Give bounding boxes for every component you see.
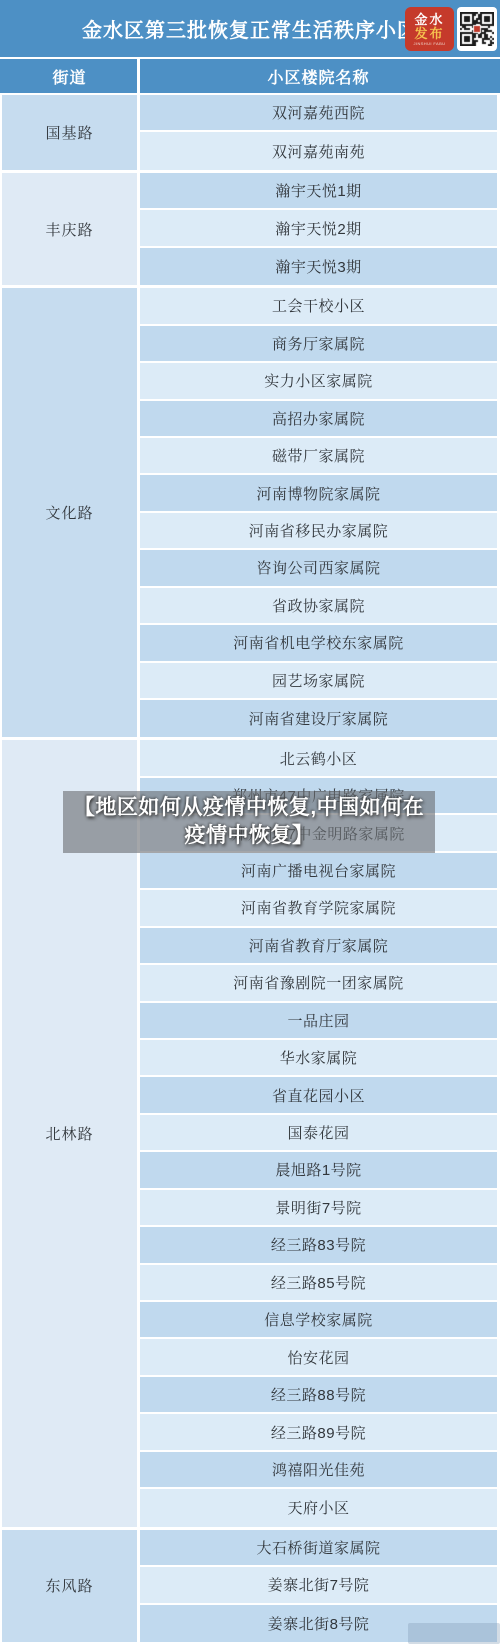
table-row: 信息学校家属院 [140,1302,497,1339]
jinshui-fabu-logo: 金水 发布 JINSHUI FABU [405,7,454,51]
table-row: 一品庄园 [140,1003,497,1040]
street-group: 文化路工会干校小区商务厅家属院实力小区家属院高招办家属院磁带厂家属院河南博物院家… [2,288,497,740]
table-body: 国基路双河嘉苑西院双河嘉苑南苑丰庆路瀚宇天悦1期瀚宇天悦2期瀚宇天悦3期文化路工… [0,95,500,1645]
table-row: 怡安花园 [140,1339,497,1376]
table-row: 双河嘉苑西院 [140,95,497,132]
table-row: 河南省移民办家属院 [140,513,497,550]
street-group: 丰庆路瀚宇天悦1期瀚宇天悦2期瀚宇天悦3期 [2,173,497,288]
table-row: 河南广播电视台家属院 [140,853,497,890]
table-row: 晨旭路1号院 [140,1152,497,1189]
community-rows: 工会干校小区商务厅家属院实力小区家属院高招办家属院磁带厂家属院河南博物院家属院河… [140,288,497,737]
table-row: 高招办家属院 [140,401,497,438]
video-caption-overlay: 【地区如何从疫情中恢复,中国如何在 疫情中恢复】 [63,791,435,853]
street-cell: 文化路 [2,288,140,737]
table-row: 实力小区家属院 [140,363,497,400]
table-row: 经三路83号院 [140,1227,497,1264]
table-row: 天府小区 [140,1489,497,1526]
caption-line-2: 疫情中恢复】 [185,822,314,850]
column-header-street: 街道 [2,59,140,93]
table-row: 北云鹤小区 [140,740,497,777]
table-row: 河南省教育学院家属院 [140,890,497,927]
table-row: 大石桥街道家属院 [140,1530,497,1567]
street-cell: 国基路 [2,95,140,170]
table-row: 工会干校小区 [140,288,497,325]
logo-subtext: JINSHUI FABU [414,42,446,46]
table-row: 园艺场家属院 [140,663,497,700]
title-bar: 金水区第三批恢复正常生活秩序小区 金水 发布 JINSHUI FABU [0,0,500,57]
table-row: 河南省教育厅家属院 [140,928,497,965]
table-row: 鸿禧阳光佳苑 [140,1452,497,1489]
community-rows: 北云鹤小区郑州市47中广电路家属院郑州市47中金明路家属院河南广播电视台家属院河… [140,740,497,1526]
table-row: 经三路85号院 [140,1265,497,1302]
street-cell: 北林路 [2,740,140,1526]
table-row: 华水家属院 [140,1040,497,1077]
watermark [408,1623,500,1644]
caption-line-1: 【地区如何从疫情中恢复,中国如何在 [74,794,424,822]
table-row: 双河嘉苑南苑 [140,132,497,169]
page: 金水区第三批恢复正常生活秩序小区 金水 发布 JINSHUI FABU 街道 小… [0,0,500,1648]
table-row: 商务厅家属院 [140,326,497,363]
street-cell: 丰庆路 [2,173,140,285]
table-row: 河南省机电学校东家属院 [140,625,497,662]
table-row: 磁带厂家属院 [140,438,497,475]
logo-text-top: 金水 [414,13,444,26]
table-row: 瀚宇天悦3期 [140,248,497,285]
community-rows: 双河嘉苑西院双河嘉苑南苑 [140,95,497,170]
street-group: 国基路双河嘉苑西院双河嘉苑南苑 [2,95,497,173]
table-row: 河南省豫剧院一团家属院 [140,965,497,1002]
table-row: 经三路89号院 [140,1414,497,1451]
table-row: 省直花园小区 [140,1077,497,1114]
table-row: 咨询公司西家属院 [140,550,497,587]
table-row: 省政协家属院 [140,588,497,625]
logo-text-bottom: 发布 [414,27,444,40]
community-rows: 瀚宇天悦1期瀚宇天悦2期瀚宇天悦3期 [140,173,497,285]
table-row: 姜寨北街7号院 [140,1567,497,1604]
table-header-row: 街道 小区楼院名称 [0,57,500,95]
table-row: 国泰花园 [140,1115,497,1152]
column-header-community: 小区楼院名称 [140,59,497,93]
table-row: 瀚宇天悦2期 [140,210,497,247]
table-row: 经三路88号院 [140,1377,497,1414]
qr-code-canvas [460,12,494,46]
table-row: 景明街7号院 [140,1190,497,1227]
table-row: 瀚宇天悦1期 [140,173,497,210]
table-row: 河南省建设厅家属院 [140,700,497,737]
street-group: 北林路北云鹤小区郑州市47中广电路家属院郑州市47中金明路家属院河南广播电视台家… [2,740,497,1529]
table-row: 河南博物院家属院 [140,475,497,512]
qr-code-icon [457,7,497,51]
street-cell: 东风路 [2,1530,140,1642]
